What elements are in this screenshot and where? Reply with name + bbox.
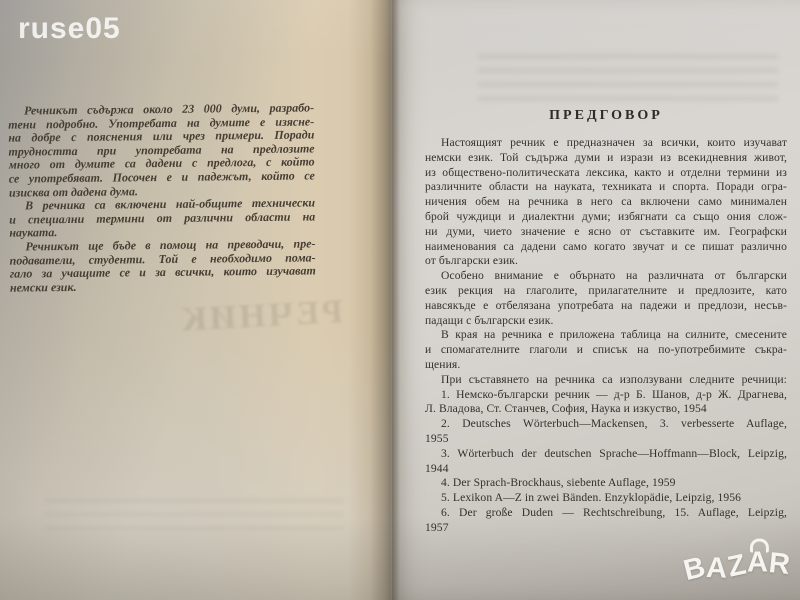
text-line: 3. Wörterbuch der deutschen Sprache—Hoff… [425,447,787,462]
text-line: 1957 [425,521,787,536]
text-line: 4. Der Sprach-Brockhaus, siebente Auflag… [425,476,787,491]
left-page-text: Речникът съдържа около 23 000 думи, разр… [8,101,316,295]
text-line: език рекция на глаголите, прилагателните… [425,284,787,299]
text-line: Л. Владова, Ст. Станчев, София, Наука и … [425,402,787,417]
sources-list: 1. Немско-български речник — д-р Б. Шано… [425,388,787,536]
text-line: ничения обем на речника в него са включе… [425,195,787,210]
text-line: и спомагателните глаголи и списък на по-… [425,343,787,358]
text-line: от български език. [425,254,787,269]
text-line: наименования са дадени само когато звуча… [425,240,787,255]
text-line: При съставянето на речника са използуван… [425,373,787,388]
foreword-paragraphs: Настоящият речник е предназначен за всич… [425,136,787,388]
text-line: 2. Deutsches Wörterbuch—Mackensen, 3. ve… [425,417,787,432]
text-line: 1. Немско-български речник — д-р Б. Шано… [425,388,787,403]
text-line: немски език. [10,278,316,295]
book-photo: РЕЧНИК Речникът съдържа около 23 000 дум… [0,0,800,600]
text-line: из обществено-политическата лексика, как… [425,166,787,181]
text-line: 6. Der große Duden — Rechtschreibung, 15… [425,506,787,521]
right-page-text: Настоящият речник е предназначен за всич… [425,136,787,536]
text-line: 1944 [425,462,787,477]
text-line: Особено внимание е обърнато на различнат… [425,269,787,284]
left-page: РЕЧНИК Речникът съдържа около 23 000 дум… [0,0,392,600]
text-line: брой чуждици и диалектни думи; избягнати… [425,210,787,225]
text-line: 5. Lexikon A—Z in zwei Bänden. Enzyklopä… [425,491,787,506]
text-line: Настоящият речник е предназначен за всич… [425,136,787,151]
text-line: падащи с български език. [425,314,787,329]
show-through-title: РЕЧНИК [117,293,344,343]
text-line: различните области на науката, техниката… [425,180,787,195]
bazar-logo: BAZAR [683,546,792,586]
seller-watermark: ruse05 [18,12,121,46]
foreword-heading: ПРЕДГОВОР [425,108,787,124]
text-line: немски език. Той съдържа думи и изрази и… [425,151,787,166]
text-line: ни думи, чието значение е ясно от състав… [425,225,787,240]
logo-letter: R [767,547,792,582]
logo-letter: A [747,547,769,580]
book-gutter [348,0,400,600]
text-line: щения. [425,358,787,373]
text-line: В края на речника е приложена таблица на… [425,328,787,343]
text-line: 1955 [425,432,787,447]
text-line: навсякъде е отбелязана употребата на пад… [425,299,787,314]
